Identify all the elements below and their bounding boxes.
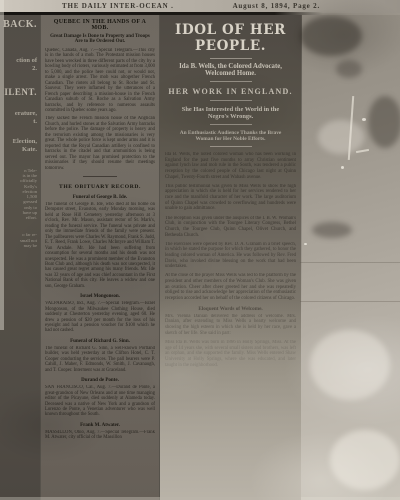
deck-divider bbox=[210, 100, 252, 101]
article-headline-quebec: QUEBEC IN THE HANDS OF A MOB. bbox=[45, 19, 155, 31]
obituary-heading: Funeral of Richard G. Sinn. bbox=[45, 339, 155, 344]
left-column: BACK. ction of 2. ILENT. erature, t. Ele… bbox=[0, 15, 40, 500]
deck-divider bbox=[210, 146, 252, 147]
paper-edge bbox=[0, 0, 4, 330]
left-fragment: ction of bbox=[0, 57, 40, 64]
article-paragraph: Ida B. Wells, the noted colored woman wh… bbox=[165, 152, 296, 180]
article-subhead-quebec: Great Damage Is Done to Property and Tro… bbox=[49, 34, 151, 44]
left-fragment: may be bbox=[0, 243, 40, 248]
article-headline-idol: IDOL OF HER PEOPLE. bbox=[165, 22, 296, 54]
article-paragraph: This public testimonial was given to Mis… bbox=[165, 184, 296, 212]
deck-divider bbox=[210, 58, 252, 59]
left-fragment: t. bbox=[0, 118, 40, 125]
article-paragraph: Miss Ida B. Wells was born in 1866 in Ho… bbox=[165, 340, 296, 368]
newspaper-page-photo: THE DAILY INTER-OCEAN . August 8, 1894, … bbox=[0, 0, 400, 500]
deck-divider bbox=[210, 124, 252, 125]
article-paragraph: The exercises were opened by Rev. D. A. … bbox=[165, 242, 296, 270]
obituary-text: MASSILLON, Ohio, Aug. 7.—Special Telegra… bbox=[45, 430, 155, 441]
deck-divider bbox=[210, 81, 252, 82]
column-divider bbox=[159, 15, 160, 500]
page-margin bbox=[301, 15, 400, 500]
column-divider bbox=[40, 15, 41, 500]
obituary-text: The funeral of George B. Ide, who died a… bbox=[45, 202, 155, 289]
obituary-text: VALPARAISO, Ind., Aug. 7.—Special Telegr… bbox=[45, 301, 155, 334]
article-paragraph: They sacked the French mission house of … bbox=[45, 116, 155, 171]
section-header-obituary: THE OBITUARY RECORD. bbox=[45, 184, 155, 190]
article-paragraph: The reception was given under the auspic… bbox=[165, 216, 296, 239]
obituary-text: SAN FRANCISCO, Cal., Aug. 7.—Durand de P… bbox=[45, 385, 155, 418]
article-paragraph: Quebec, Canada, Aug. 7.—Special Telegram… bbox=[45, 48, 155, 113]
obituary-text: The funeral of Richard G. Sinn, a well-k… bbox=[45, 346, 155, 373]
article-deck-4: An Enthusiastic Audience Thanks the Brav… bbox=[173, 130, 288, 142]
obituary-heading: Israel Mongonson. bbox=[45, 294, 155, 299]
article-paragraph: Mrs. Vienna Danian delivered the address… bbox=[165, 314, 296, 337]
section-header-welcome: Eloquent Words of Welcome. bbox=[165, 306, 296, 312]
left-fragment: ILENT. bbox=[0, 87, 40, 97]
obituary-heading: Funeral of George B. Ide. bbox=[45, 195, 155, 200]
middle-column: QUEBEC IN THE HANDS OF A MOB. Great Dama… bbox=[41, 15, 159, 500]
article-deck-2: HER WORK IN ENGLAND. bbox=[165, 87, 296, 96]
left-fragment: 2. bbox=[0, 65, 40, 72]
masthead: THE DAILY INTER-OCEAN . August 8, 1894, … bbox=[62, 2, 320, 10]
article-paragraph: At the close of the prayer Miss Wells wa… bbox=[165, 273, 296, 301]
section-divider bbox=[83, 176, 117, 177]
obituary-heading: Frank M. Atwater. bbox=[45, 423, 155, 428]
article-deck-3: She Has Interested the World in the Negr… bbox=[177, 106, 284, 120]
article-deck-1: Ida B. Wells, the Colored Advocate, Welc… bbox=[175, 63, 286, 77]
left-fragment: Kate. bbox=[0, 146, 40, 153]
masthead-date: August 8, 1894, Page 2. bbox=[233, 2, 320, 10]
column-divider bbox=[301, 15, 302, 315]
obituary-heading: Durand de Ponte. bbox=[45, 378, 155, 383]
left-fragment: Election, bbox=[0, 138, 40, 145]
left-fragment: effort. bbox=[0, 215, 40, 220]
left-fragment: BACK. bbox=[0, 19, 40, 31]
left-fragment: erature, bbox=[0, 110, 40, 117]
right-column: IDOL OF HER PEOPLE. Ida B. Wells, the Co… bbox=[160, 15, 301, 500]
masthead-title: THE DAILY INTER-OCEAN . bbox=[62, 2, 174, 10]
